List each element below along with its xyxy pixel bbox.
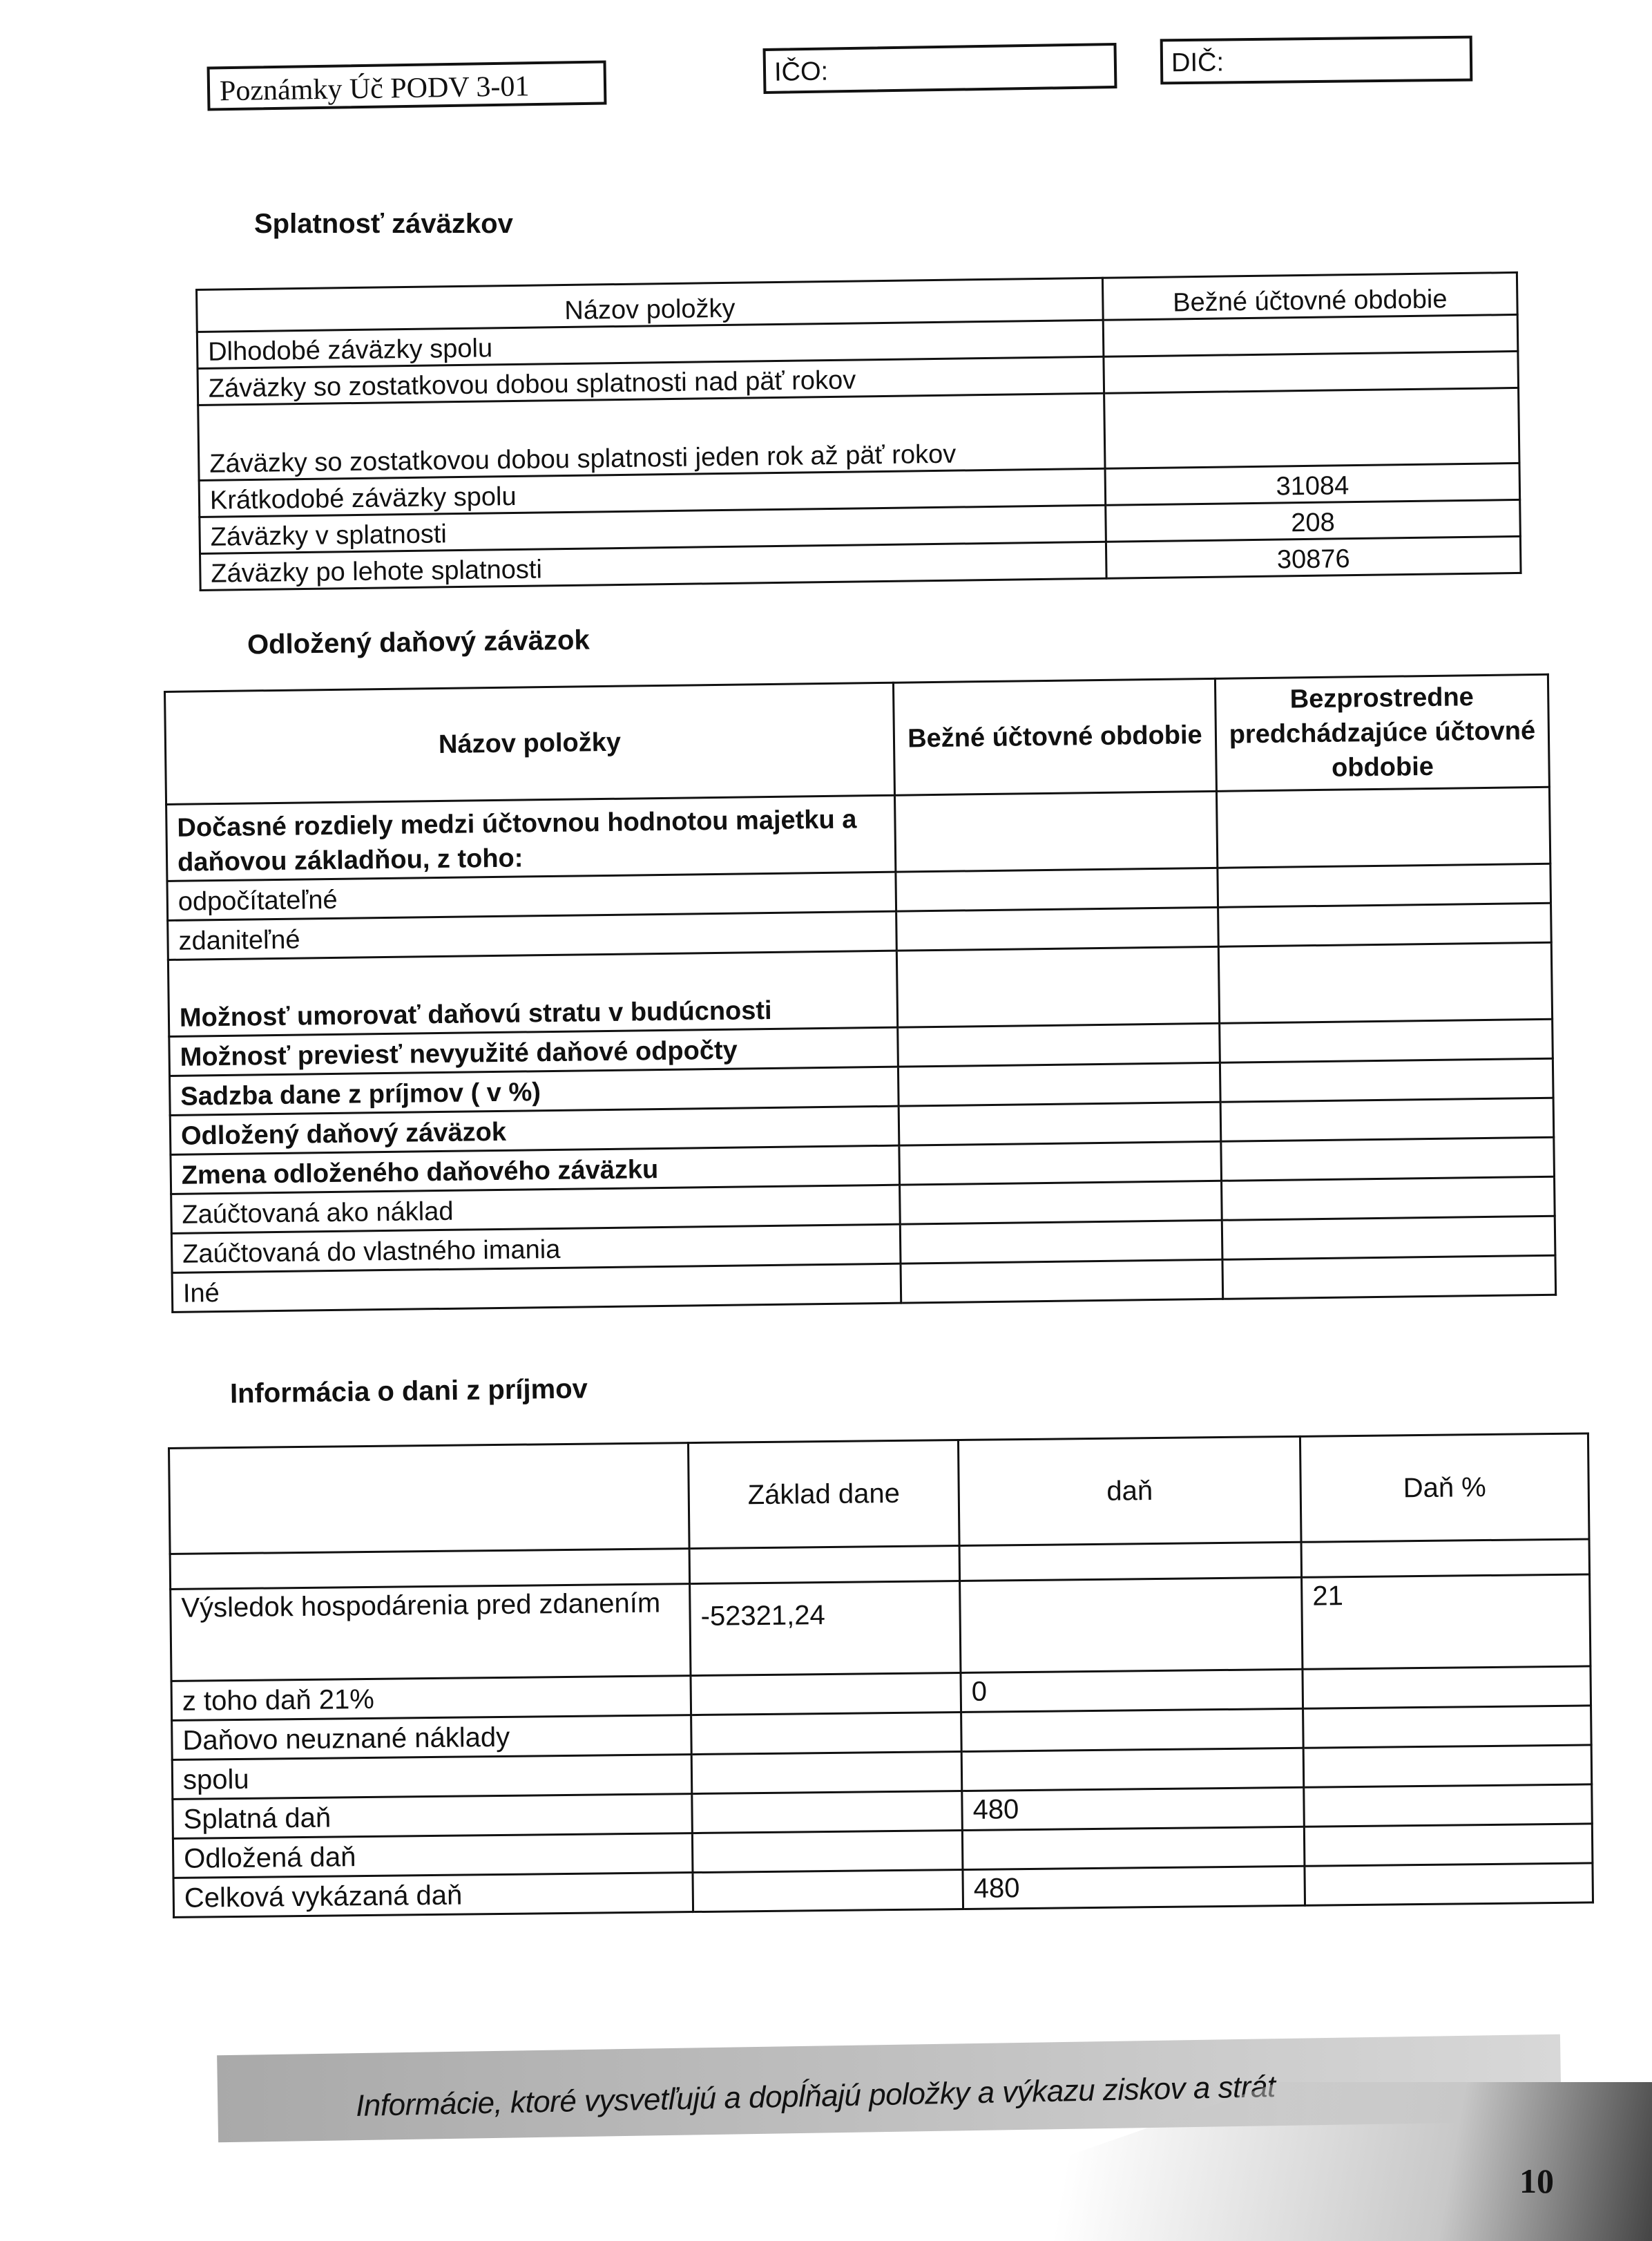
row-label: Možnosť umorovať daňovú stratu v budúcno… [168, 951, 897, 1036]
cell-pct [1304, 1784, 1593, 1827]
row-label: Celková vykázaná daň [173, 1873, 693, 1918]
dan-table: Základ dane daň Daň % Výsledok hospodáre… [168, 1432, 1594, 1918]
row-label: Odložená daň [173, 1833, 693, 1878]
row-label: Výsledok hospodárenia pred zdanením [171, 1584, 691, 1681]
column-header: Základ dane [688, 1440, 959, 1549]
column-header: Bežné účtovné obdobie [1102, 272, 1517, 320]
row-label: Splatná daň [173, 1794, 693, 1839]
table-row: Výsledok hospodárenia pred zdanením -523… [171, 1574, 1591, 1681]
cell-previous [1222, 1176, 1555, 1220]
column-header [169, 1443, 690, 1554]
cell-base [691, 1672, 961, 1715]
cell-current [900, 1220, 1222, 1263]
cell-tax [960, 1577, 1303, 1672]
cell-pct: 21 [1302, 1574, 1591, 1669]
cell-current [899, 1102, 1221, 1145]
cell-tax [962, 1827, 1305, 1869]
form-code: Poznámky Úč PODV 3-01 [220, 70, 530, 107]
cell-previous [1222, 1216, 1555, 1259]
cell-pct [1303, 1706, 1592, 1748]
cell-current: 31084 [1105, 463, 1520, 505]
section-title-odlozeny: Odložený daňový záväzok [247, 625, 590, 661]
cell-current [896, 868, 1218, 911]
row-label: Dočasné rozdiely medzi účtovnou hodnotou… [166, 795, 896, 881]
cell-base [692, 1791, 963, 1833]
cell-current [901, 1259, 1223, 1303]
cell-previous [1218, 942, 1552, 1023]
document-page: Poznámky Úč PODV 3-01 IČO: DIČ: Splatnos… [0, 0, 1652, 2241]
row-label: Iné [172, 1263, 901, 1312]
cell-previous [1220, 1098, 1554, 1141]
cell-previous [1216, 787, 1550, 868]
cell-current [1104, 388, 1519, 468]
table-header-row: Základ dane daň Daň % [169, 1433, 1589, 1554]
row-label [170, 1549, 689, 1590]
form-code-box: Poznámky Úč PODV 3-01 [207, 60, 607, 111]
cell-current [898, 1062, 1220, 1106]
column-header: daň [958, 1436, 1301, 1545]
ico-label: IČO: [774, 57, 829, 87]
cell-tax: 0 [961, 1669, 1303, 1712]
odlozeny-table: Názov položky Bežné účtovné obdobie Bezp… [164, 674, 1557, 1313]
cell-pct [1305, 1863, 1593, 1905]
cell-previous [1222, 1255, 1556, 1299]
row-label: Záväzky so zostatkovou dobou splatnosti … [198, 393, 1105, 480]
cell-pct [1303, 1745, 1592, 1787]
ico-field: IČO: [763, 43, 1117, 94]
cell-current [896, 907, 1219, 951]
cell-tax: 480 [962, 1787, 1305, 1830]
cell-current [1104, 351, 1519, 393]
cell-current [1103, 314, 1518, 356]
section-title-splatnost: Splatnosť záväzkov [254, 209, 513, 240]
cell-previous [1218, 864, 1551, 907]
cell-current [894, 791, 1217, 872]
splatnost-table: Názov položky Bežné účtovné obdobie Dlho… [195, 271, 1522, 591]
cell-previous [1221, 1137, 1555, 1181]
cell-current: 30876 [1106, 536, 1521, 578]
cell-pct [1304, 1824, 1593, 1866]
cell-current [900, 1181, 1222, 1224]
cell-tax: 480 [963, 1866, 1305, 1909]
cell-pct [1303, 1666, 1591, 1708]
row-label: z toho daň 21% [171, 1676, 691, 1721]
column-header: Daň % [1300, 1433, 1589, 1542]
table-header-row: Názov položky Bežné účtovné obdobie Bezp… [165, 674, 1550, 804]
cell-base [691, 1751, 962, 1793]
page-number: 10 [1519, 2161, 1554, 2201]
cell-tax [959, 1542, 1302, 1581]
cell-tax [961, 1748, 1304, 1791]
dic-field: DIČ: [1160, 36, 1473, 85]
column-header: Bežné účtovné obdobie [893, 678, 1216, 795]
cell-previous [1220, 1058, 1553, 1102]
cell-current [899, 1141, 1222, 1185]
cell-current: 208 [1106, 499, 1521, 542]
cell-previous [1220, 1019, 1553, 1062]
row-label: Daňovo neuznané náklady [172, 1715, 692, 1760]
cell-base: -52321,24 [690, 1581, 961, 1676]
column-header: Názov položky [165, 683, 895, 804]
cell-previous [1218, 903, 1552, 946]
cell-tax [961, 1708, 1304, 1751]
cell-base [693, 1869, 963, 1911]
row-label: spolu [172, 1755, 692, 1800]
section-title-dan: Informácia o dani z príjmov [230, 1373, 588, 1409]
dic-label: DIČ: [1171, 48, 1224, 77]
cell-current [896, 946, 1219, 1027]
column-header: Bezprostredne predchádzajúce účtovné obd… [1215, 674, 1549, 791]
cell-base [692, 1830, 963, 1872]
cell-base [689, 1546, 960, 1584]
cell-current [898, 1023, 1220, 1067]
cell-base [691, 1712, 962, 1754]
cell-pct [1301, 1539, 1590, 1577]
